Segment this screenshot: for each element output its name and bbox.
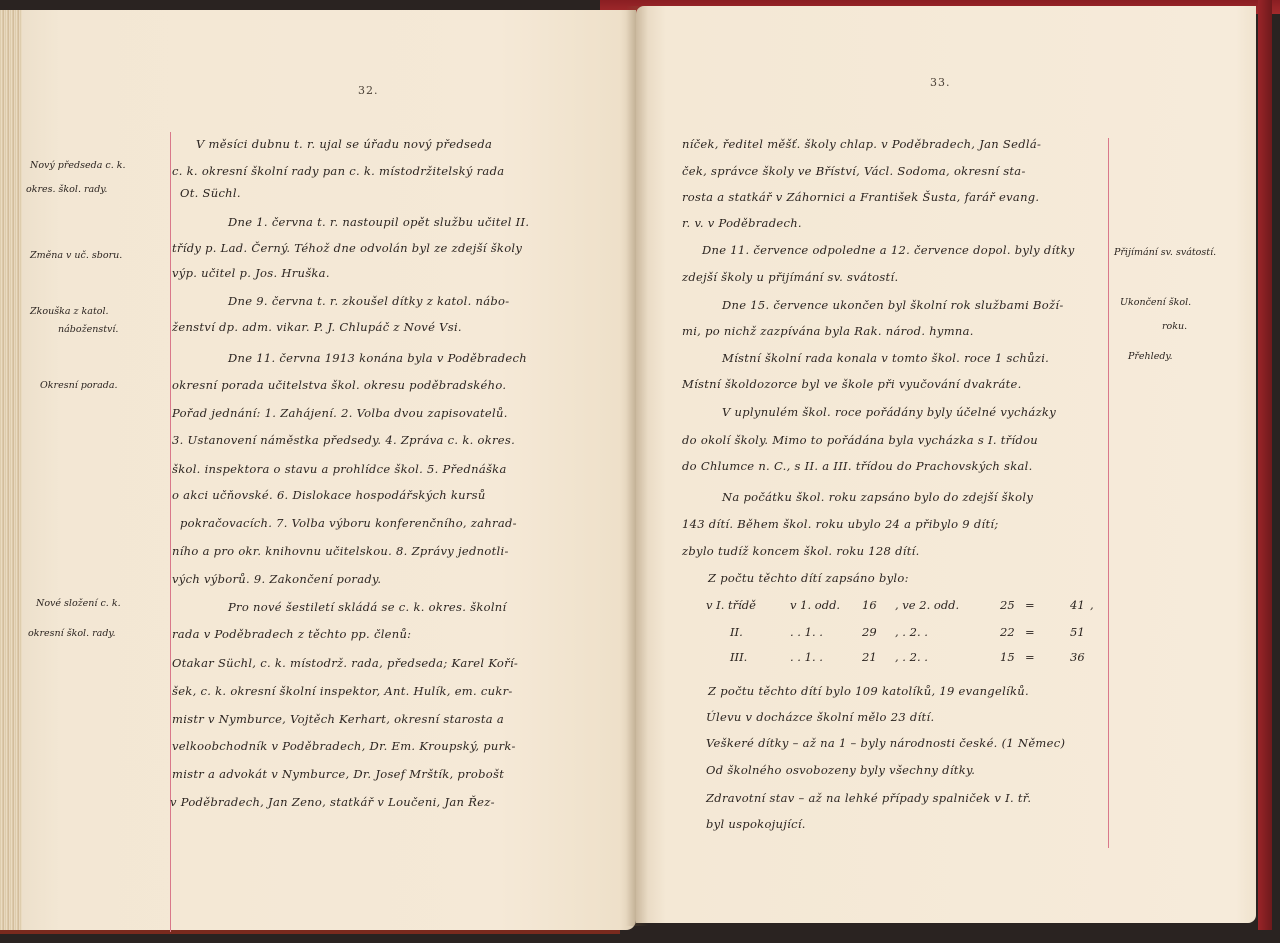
text-line: do Chlumce n. C., s II. a III. třídou do… <box>682 459 1033 473</box>
cover-red-edge-right <box>1258 0 1272 930</box>
margin-note: Přijímání sv. svátostí. <box>1114 247 1216 258</box>
text-line: Místní školní rada konala v tomto škol. … <box>722 351 1049 365</box>
division-2-count: 25 <box>1000 598 1015 612</box>
right-margin-rule <box>1108 138 1109 848</box>
margin-note: roku. <box>1162 321 1187 332</box>
division-1-count: 21 <box>862 650 877 664</box>
text-line: okresní porada učitelstva škol. okresu p… <box>172 378 506 392</box>
text-line: mi, po nichž zazpívána byla Rak. národ. … <box>682 324 974 338</box>
class-total: 36 <box>1070 650 1085 664</box>
division-1-label: . . 1. . <box>790 650 823 664</box>
text-line: r. v. v Poděbradech. <box>682 216 802 230</box>
division-2-count: 15 <box>1000 650 1015 664</box>
page-stack-edges <box>0 10 22 930</box>
margin-note: Nový předseda c. k. <box>30 160 126 171</box>
margin-note: Ukončení škol. <box>1120 297 1191 308</box>
text-line: Dne 11. července odpoledne a 12. červenc… <box>702 243 1075 257</box>
margin-note: Nové složení c. k. <box>36 598 121 609</box>
text-line: Dne 11. června 1913 konána byla v Poděbr… <box>228 351 527 365</box>
text-line: Od školného osvobozeny byly všechny dítk… <box>706 763 975 777</box>
text-line: rosta a statkář v Záhornici a František … <box>682 190 1039 204</box>
class-label: II. <box>730 625 743 639</box>
text-line: Místní školdozorce byl ve škole při vyuč… <box>682 377 1022 391</box>
text-line: Pro nové šestiletí skládá se c. k. okres… <box>228 600 506 614</box>
division-2-label: , . 2. . <box>895 650 928 664</box>
text-line: Z počtu těchto dítí zapsáno bylo: <box>708 571 909 585</box>
text-line: ženství dp. adm. vikar. P. J. Chlupáč z … <box>172 320 462 334</box>
text-line: Pořad jednání: 1. Zahájení. 2. Volba dvo… <box>172 406 508 420</box>
text-line: o akci učňovské. 6. Dislokace hospodářsk… <box>172 488 486 502</box>
text-line: v Poděbradech, Jan Zeno, statkář v Louče… <box>170 795 495 809</box>
division-1-label: v 1. odd. <box>790 598 840 612</box>
class-total: 51 <box>1070 625 1085 639</box>
text-line: ního a pro okr. knihovnu učitelskou. 8. … <box>172 544 509 558</box>
margin-note: Změna v uč. sboru. <box>30 250 122 261</box>
division-2-count: 22 <box>1000 625 1015 639</box>
text-line: zbylo tudíž koncem škol. roku 128 dítí. <box>682 544 920 558</box>
text-line: zdejší školy u přijímání sv. svátostí. <box>682 270 898 284</box>
text-line: Veškeré dítky – až na 1 – byly národnost… <box>706 736 1065 750</box>
division-1-count: 29 <box>862 625 877 639</box>
division-2-label: , . 2. . <box>895 625 928 639</box>
text-line: šek, c. k. okresní školní inspektor, Ant… <box>172 684 513 698</box>
margin-note: Okresní porada. <box>40 380 118 391</box>
text-line: velkoobchodník v Poděbradech, Dr. Em. Kr… <box>172 739 516 753</box>
text-line: výp. učitel p. Jos. Hruška. <box>172 266 330 280</box>
text-line: 143 dítí. Během škol. roku ubylo 24 a př… <box>682 517 999 531</box>
text-line: vých výborů. 9. Zakončení porady. <box>172 572 381 586</box>
class-total: 41 <box>1070 598 1085 612</box>
class-label: v I. třídě <box>706 598 756 612</box>
text-line: Dne 9. června t. r. zkoušel dítky z kato… <box>228 294 509 308</box>
text-line: Z počtu těchto dítí bylo 109 katolíků, 1… <box>708 684 1029 698</box>
margin-note: Zkouška z katol. <box>30 306 109 317</box>
text-line: škol. inspektora o stavu a prohlídce ško… <box>172 462 507 476</box>
text-line: mistr a advokát v Nymburce, Dr. Josef Mr… <box>172 767 504 781</box>
margin-note: Přehledy. <box>1128 351 1173 362</box>
text-line: mistr v Nymburce, Vojtěch Kerhart, okres… <box>172 712 504 726</box>
page-number-left: 32. <box>358 84 379 97</box>
text-line: Dne 1. června t. r. nastoupil opět služb… <box>228 215 529 229</box>
row-trail: , <box>1090 598 1094 612</box>
text-line: Ot. Süchl. <box>180 186 241 200</box>
text-line: byl uspokojující. <box>706 817 806 831</box>
page-number-right: 33. <box>930 76 951 89</box>
book-gutter <box>626 6 648 926</box>
text-line: 3. Ustanovení náměstka předsedy. 4. Zprá… <box>172 433 515 447</box>
text-line: Dne 15. července ukončen byl školní rok … <box>722 298 1064 312</box>
equals-sign: = <box>1025 625 1035 639</box>
text-line: V měsíci dubnu t. r. ujal se úřadu nový … <box>196 137 492 151</box>
text-line: Otakar Süchl, c. k. místodrž. rada, před… <box>172 656 518 670</box>
margin-note: náboženství. <box>58 324 118 335</box>
text-line: pokračovacích. 7. Volba výboru konferenč… <box>180 516 517 530</box>
class-label: III. <box>730 650 747 664</box>
text-line: Úlevu v docházce školní mělo 23 dítí. <box>706 710 934 724</box>
text-line: ček, správce školy ve Bříství, Václ. Sod… <box>682 164 1026 178</box>
division-2-label: , ve 2. odd. <box>895 598 959 612</box>
text-line: třídy p. Lad. Černý. Téhož dne odvolán b… <box>172 241 522 255</box>
text-line: V uplynulém škol. roce pořádány byly úče… <box>722 405 1056 419</box>
division-1-count: 16 <box>862 598 877 612</box>
text-line: do okolí školy. Mimo to pořádána byla vy… <box>682 433 1038 447</box>
equals-sign: = <box>1025 650 1035 664</box>
margin-note: okres. škol. rady. <box>26 184 107 195</box>
equals-sign: = <box>1025 598 1035 612</box>
text-line: rada v Poděbradech z těchto pp. členů: <box>172 627 411 641</box>
division-1-label: . . 1. . <box>790 625 823 639</box>
text-line: c. k. okresní školní rady pan c. k. míst… <box>172 164 504 178</box>
text-line: níček, ředitel měšť. školy chlap. v Podě… <box>682 137 1041 151</box>
text-line: Na počátku škol. roku zapsáno bylo do zd… <box>722 490 1033 504</box>
text-line: Zdravotní stav – až na lehké případy spa… <box>706 791 1031 805</box>
margin-note: okresní škol. rady. <box>28 628 116 639</box>
left-margin-rule <box>170 132 171 932</box>
